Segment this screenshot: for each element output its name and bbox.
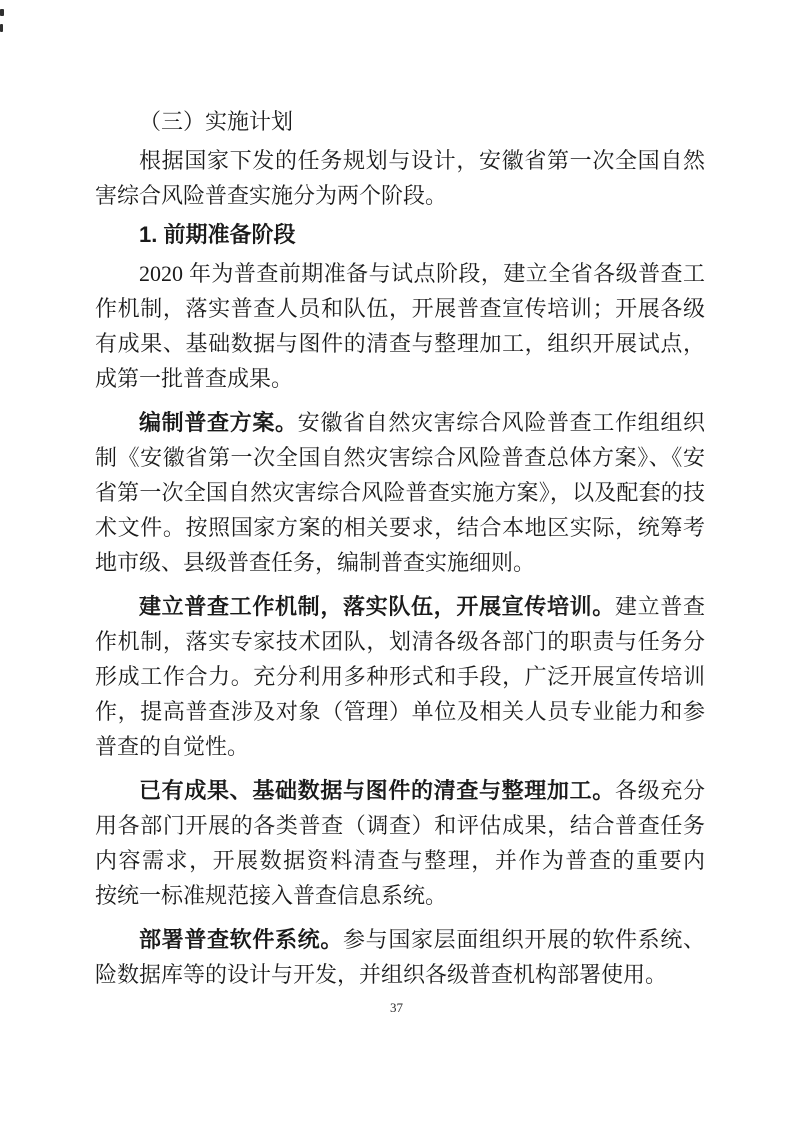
text-run: 省第一次全国自然灾害综合风险普查实施方案》，以及配套的技 xyxy=(95,480,705,505)
text-line: 险数据库等的设计与开发，并组织各级普查机构部署使用。 xyxy=(95,957,705,992)
text-line: 省第一次全国自然灾害综合风险普查实施方案》，以及配套的技 xyxy=(95,475,705,510)
text-line: 形成工作合力。充分利用多种形式和手段，广泛开展宣传培训工 xyxy=(95,659,705,694)
text-run: 作机制，落实普查人员和队伍，开展普查宣传培训；开展各级已 xyxy=(95,296,705,326)
text-line: 地市级、县级普查任务，编制普查实施细则。 xyxy=(95,545,705,580)
text-line: 已有成果、基础数据与图件的清查与整理加工。各级充分利 xyxy=(95,773,705,808)
text-run: 形成工作合力。充分利用多种形式和手段，广泛开展宣传培训工 xyxy=(95,664,705,694)
page-number: 37 xyxy=(0,1000,793,1016)
text-line: 根据国家下发的任务规划与设计，安徽省第一次全国自然灾 xyxy=(95,143,705,178)
paragraph-compile-scheme: 编制普查方案。安徽省自然灾害综合风险普查工作组组织编制《安徽省第一次全国自然灾害… xyxy=(95,405,705,580)
text-run: 按统一标准规范接入普查信息系统。 xyxy=(95,883,447,908)
text-run: 地市级、县级普查任务，编制普查实施细则。 xyxy=(95,550,535,575)
text-line: 按统一标准规范接入普查信息系统。 xyxy=(95,878,705,913)
text-run: （三）实施计划 xyxy=(139,109,293,134)
text-line: 普查的自觉性。 xyxy=(95,729,705,764)
text-line: 编制普查方案。安徽省自然灾害综合风险普查工作组组织编 xyxy=(95,405,705,440)
document-page: （三）实施计划根据国家下发的任务规划与设计，安徽省第一次全国自然灾害综合风险普查… xyxy=(0,0,793,1122)
text-line: 制《安徽省第一次全国自然灾害综合风险普查总体方案》、《安徽 xyxy=(95,440,705,475)
text-run: 术文件。按照国家方案的相关要求，结合本地区实际，统筹考虑 xyxy=(95,515,705,545)
text-line: 内容需求，开展数据资料清查与整理，并作为普查的重要内容， xyxy=(95,843,705,878)
text-run: 内容需求，开展数据资料清查与整理，并作为普查的重要内容， xyxy=(95,848,705,878)
bold-run: 部署普查软件系统。 xyxy=(139,927,343,952)
bold-run: 1. 前期准备阶段 xyxy=(139,222,295,247)
text-run: 作机制，落实专家技术团队，划清各级各部门的职责与任务分工， xyxy=(95,629,705,659)
text-run: 制《安徽省第一次全国自然灾害综合风险普查总体方案》、《安徽 xyxy=(95,445,705,475)
text-line: 1. 前期准备阶段 xyxy=(95,217,705,252)
text-run: 险数据库等的设计与开发，并组织各级普查机构部署使用。 xyxy=(95,962,667,987)
text-line: 作，提高普查涉及对象（管理）单位及相关人员专业能力和参与 xyxy=(95,694,705,729)
text-run: 普查的自觉性。 xyxy=(95,734,249,759)
text-run: 根据国家下发的任务规划与设计，安徽省第一次全国自然灾 xyxy=(139,148,705,178)
text-run: 有成果、基础数据与图件的清查与整理加工，组织开展试点，形 xyxy=(95,331,705,361)
document-body: （三）实施计划根据国家下发的任务规划与设计，安徽省第一次全国自然灾害综合风险普查… xyxy=(95,104,705,992)
bold-run: 已有成果、基础数据与图件的清查与整理加工。 xyxy=(139,778,615,803)
text-line: 2020 年为普查前期准备与试点阶段，建立全省各级普查工 xyxy=(95,256,705,291)
text-run: 用各部门开展的各类普查（调查）和评估成果，结合普查任务及 xyxy=(95,813,705,843)
text-line: 用各部门开展的各类普查（调查）和评估成果，结合普查任务及 xyxy=(95,808,705,843)
scan-artifact xyxy=(0,9,4,16)
text-run: 成第一批普查成果。 xyxy=(95,366,293,391)
paragraph-software-deployment: 部署普查软件系统。参与国家层面组织开展的软件系统、风险数据库等的设计与开发，并组… xyxy=(95,922,705,992)
text-line: 作机制，落实普查人员和队伍，开展普查宣传培训；开展各级已 xyxy=(95,291,705,326)
paragraph-intro: 根据国家下发的任务规划与设计，安徽省第一次全国自然灾害综合风险普查实施分为两个阶… xyxy=(95,143,705,213)
scan-artifact xyxy=(0,24,3,32)
bold-run: 编制普查方案。 xyxy=(139,410,298,435)
bold-run: 建立普查工作机制，落实队伍，开展宣传培训。 xyxy=(139,594,615,619)
text-line: 建立普查工作机制，落实队伍，开展宣传培训。建立普查工 xyxy=(95,589,705,624)
paragraph-work-mechanism: 建立普查工作机制，落实队伍，开展宣传培训。建立普查工作机制，落实专家技术团队，划… xyxy=(95,589,705,764)
text-run: 2020 年为普查前期准备与试点阶段，建立全省各级普查工 xyxy=(139,261,705,286)
text-line: 有成果、基础数据与图件的清查与整理加工，组织开展试点，形 xyxy=(95,326,705,361)
paragraph-data-cleanup: 已有成果、基础数据与图件的清查与整理加工。各级充分利用各部门开展的各类普查（调查… xyxy=(95,773,705,913)
text-line: 作机制，落实专家技术团队，划清各级各部门的职责与任务分工， xyxy=(95,624,705,659)
section-heading: （三）实施计划 xyxy=(95,104,705,139)
text-line: 术文件。按照国家方案的相关要求，结合本地区实际，统筹考虑 xyxy=(95,510,705,545)
text-run: 害综合风险普查实施分为两个阶段。 xyxy=(95,183,447,208)
text-line: 害综合风险普查实施分为两个阶段。 xyxy=(95,178,705,213)
text-line: 成第一批普查成果。 xyxy=(95,361,705,396)
text-run: 作，提高普查涉及对象（管理）单位及相关人员专业能力和参与 xyxy=(95,699,705,729)
text-line: （三）实施计划 xyxy=(95,104,705,139)
paragraph-stage1-overview: 2020 年为普查前期准备与试点阶段，建立全省各级普查工作机制，落实普查人员和队… xyxy=(95,256,705,396)
subsection-heading-stage1: 1. 前期准备阶段 xyxy=(95,217,705,252)
text-line: 部署普查软件系统。参与国家层面组织开展的软件系统、风 xyxy=(95,922,705,957)
